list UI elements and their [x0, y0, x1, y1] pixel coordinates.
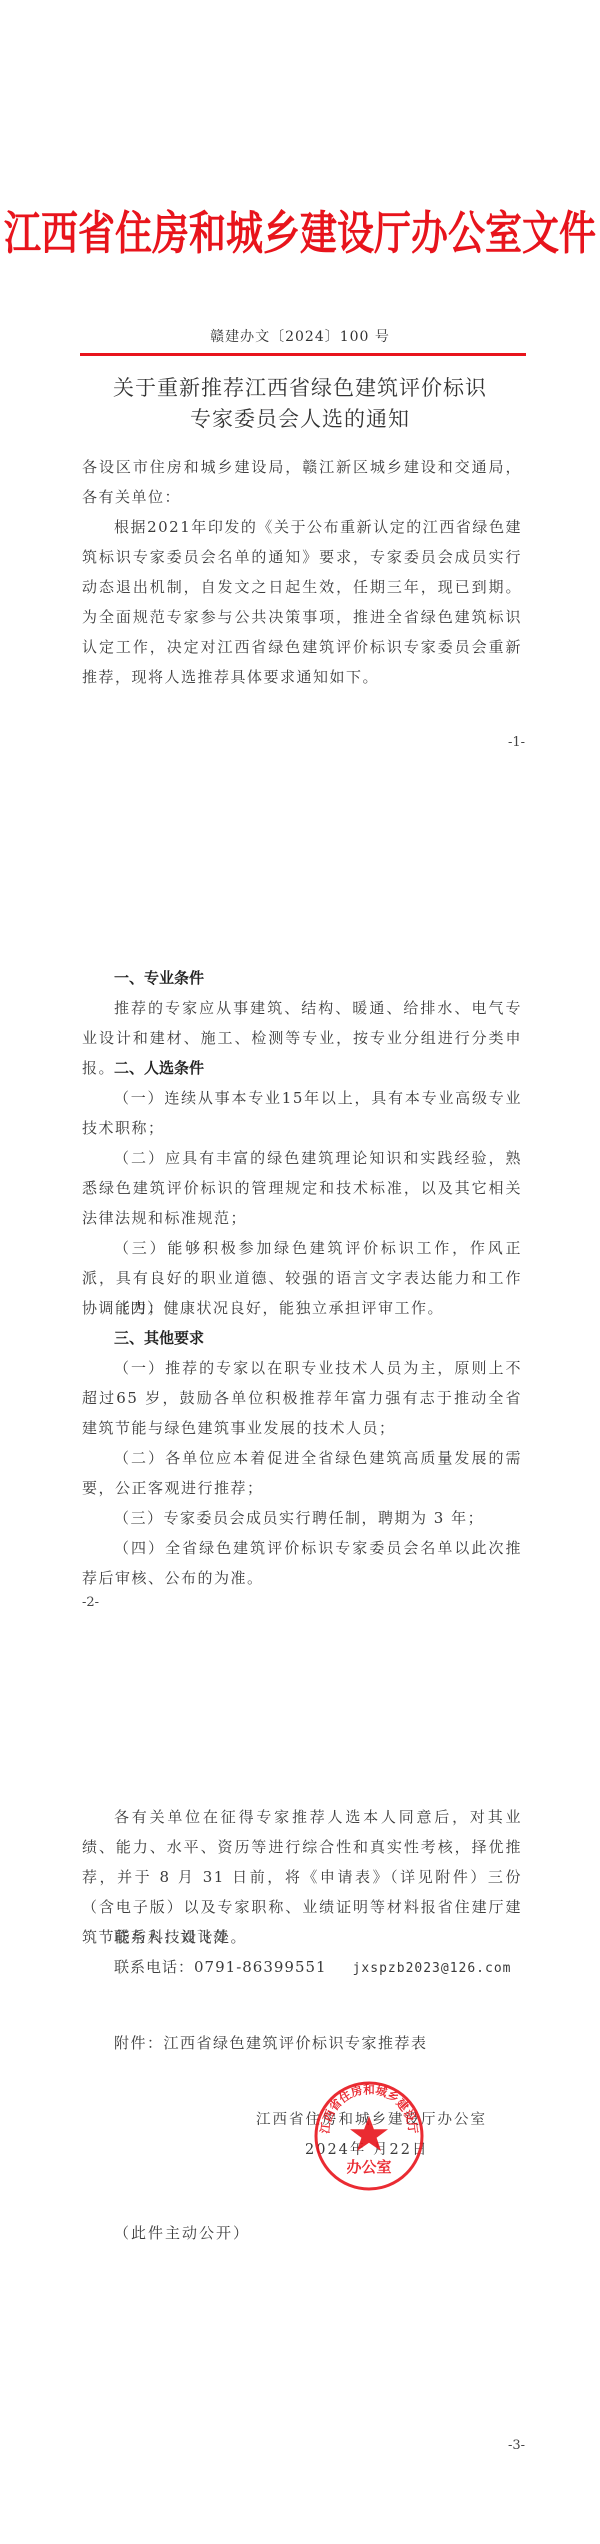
svg-text:办公室: 办公室	[346, 2158, 391, 2176]
phone-label: 联系电话：	[114, 1958, 194, 1976]
title-line-1: 关于重新推荐江西省绿色建筑评价标识	[0, 373, 600, 404]
section-heading-2: 二、人选条件	[114, 1053, 204, 1083]
attachment-label: 附件：	[114, 2034, 164, 2052]
page-number-3: -3-	[508, 2438, 525, 2453]
section-2-item-4: （四）健康状况良好，能独立承担评审工作。	[82, 1293, 522, 1323]
section-3-item-1: （一）推荐的专家以在职专业技术人员为主，原则上不超过65 岁，鼓励各单位积极推荐…	[82, 1353, 522, 1443]
seal-icon: 江西省住房和城乡建设厅 办公室	[313, 2080, 425, 2192]
page-number-2: -2-	[82, 1595, 99, 1610]
title-line-2: 专家委员会人选的通知	[0, 404, 600, 435]
contact-phone-email: 联系电话：0791-86399551jxspzb2023@126.com	[114, 1952, 544, 1984]
org-header-title: 江西省住房和城乡建设厅办公室文件	[0, 202, 600, 267]
page-number-1: -1-	[508, 735, 525, 750]
section-3-item-2: （二）各单位应本着促进全省绿色建筑高质量发展的需要，公正客观进行推荐；	[82, 1443, 522, 1503]
attachment-line: 附件：江西省绿色建筑评价标识专家推荐表	[114, 2028, 534, 2058]
contact-label: 联系人：	[114, 1928, 180, 1946]
section-3-item-4: （四）全省绿色建筑评价标识专家委员会名单以此次推荐后审核、公布的为准。	[82, 1533, 522, 1593]
section-3-item-3: （三）专家委员会成员实行聘任制，聘期为 3 年；	[82, 1503, 522, 1533]
phone-number: 0791-86399551	[194, 1958, 327, 1976]
section-2-item-2: （二）应具有丰富的绿色建筑理论知识和实践经验，熟悉绿色建筑评价标识的管理规定和技…	[82, 1143, 522, 1233]
document-title: 关于重新推荐江西省绿色建筑评价标识 专家委员会人选的通知	[0, 373, 600, 435]
intro-paragraph: 根据2021年印发的《关于公布重新认定的江西省绿色建筑标识专家委员会名单的通知》…	[82, 512, 522, 692]
disclosure-note: （此件主动公开）	[114, 2218, 414, 2248]
section-2-item-1: （一）连续从事本专业15年以上，具有本专业高级专业技术职称；	[82, 1083, 522, 1143]
section-heading-3: 三、其他要求	[114, 1323, 204, 1353]
email-address[interactable]: jxspzb2023@126.com	[353, 1961, 512, 1976]
addressee: 各设区市住房和城乡建设局，赣江新区城乡建设和交通局，各有关单位：	[82, 452, 522, 512]
red-divider	[80, 353, 526, 356]
document-number: 赣建办文〔2024〕100 号	[0, 326, 600, 346]
attachment-title: 江西省绿色建筑评价标识专家推荐表	[164, 2034, 428, 2052]
contact-person: 联系人：刘飞萍	[114, 1922, 514, 1952]
contact-name: 刘飞萍	[180, 1928, 230, 1946]
section-heading-1: 一、专业条件	[114, 963, 204, 993]
official-seal-stamp: 江西省住房和城乡建设厅 办公室	[313, 2080, 425, 2192]
